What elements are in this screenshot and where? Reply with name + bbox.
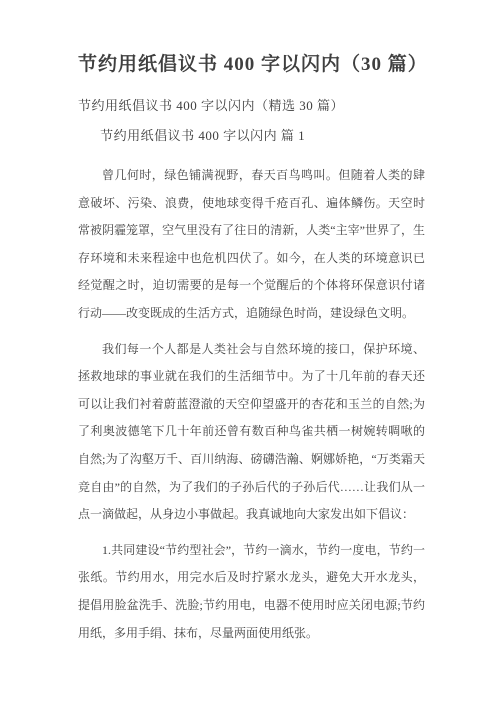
paragraph-1: 曾几何时，绿色铺满视野，春天百鸟鸣叫。但随着人类的肆意破坏、污染、浪费，使地球变… [78,162,425,328]
paragraph-2: 我们每一个人都是人类社会与自然环境的接口，保护环境、拯救地球的事业就在我们的生活… [78,336,425,529]
document-page: 节约用纸倡议书 400 字以闪内（30 篇） 节约用纸倡议书 400 字以闪内（… [0,0,500,707]
document-subtitle: 节约用纸倡议书 400 字以闪内（精选 30 篇） [78,97,425,115]
section-heading: 节约用纸倡议书 400 字以闪内 篇 1 [78,127,425,145]
paragraph-3: 1.共同建设“节约型社会”，节约一滴水，节约一度电，节约一张纸。节约用水，用完水… [78,537,425,647]
document-title: 节约用纸倡议书 400 字以闪内（30 篇） [78,50,425,80]
